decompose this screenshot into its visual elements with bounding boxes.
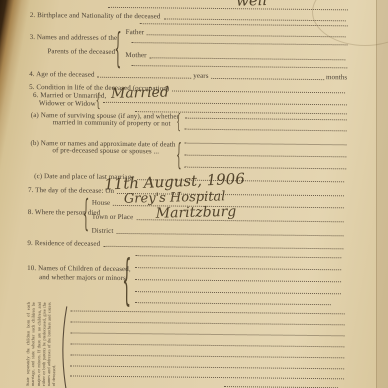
dotted-line	[212, 77, 324, 80]
right-page-crease	[376, 0, 377, 388]
dotted-line	[185, 128, 347, 132]
right-page-edge-shade	[377, 0, 388, 388]
dotted-line	[185, 142, 347, 146]
dotted-line	[135, 301, 331, 305]
brace: {	[95, 92, 100, 112]
dotted-line	[70, 374, 344, 379]
dotted-line	[70, 353, 344, 358]
brace: {	[176, 138, 182, 173]
dotted-line	[135, 266, 341, 270]
label-children-of-deceased-2: and whether majors or minors	[39, 274, 126, 282]
dotted-line	[131, 64, 347, 68]
bottom-bracket	[58, 305, 68, 388]
dotted-line	[135, 278, 341, 282]
handwriting-town-or-place: Maritzburg	[156, 204, 237, 222]
label-day-of-decease: 7. The day of the decease: On	[28, 187, 114, 195]
label-predeceased-spouse-2: of pre-deceased spouse or spouses ...	[52, 147, 159, 155]
label-parents-names-2: Parents of the deceased	[47, 48, 115, 56]
dotted-line	[116, 232, 343, 236]
dotted-line	[185, 117, 347, 121]
margin-note: State separately the children born of ea…	[25, 302, 52, 386]
label-years: years	[193, 73, 208, 81]
label-district: District	[92, 228, 114, 236]
dotted-line	[70, 342, 344, 347]
dotted-line	[184, 166, 346, 170]
dotted-line	[70, 364, 344, 369]
label-father: Father	[126, 29, 145, 37]
dotted-line	[172, 90, 345, 94]
dotted-line	[132, 41, 348, 45]
dotted-line	[163, 18, 345, 22]
label-house: House	[92, 200, 110, 208]
label-widower-or-widow: Widower or Widow	[39, 100, 96, 108]
dotted-line	[140, 22, 348, 26]
dotted-line	[98, 76, 192, 79]
dotted-line	[103, 245, 343, 250]
dotted-line	[71, 320, 345, 325]
brace: {	[82, 195, 89, 237]
form-content: well 2. Birthplace and Nationality of th…	[24, 0, 354, 388]
dotted-line	[103, 101, 347, 106]
dotted-line	[71, 309, 345, 314]
label-age: 4. Age of the deceased	[29, 71, 94, 79]
dotted-line	[108, 6, 348, 11]
handwriting-top-partial: well	[236, 0, 268, 10]
dotted-line	[184, 154, 346, 158]
dotted-line	[147, 34, 346, 38]
dotted-line	[135, 290, 341, 294]
brace: {	[176, 113, 181, 135]
handwriting-marital-status: Married	[111, 84, 169, 101]
label-months: months	[326, 74, 347, 82]
dotted-line	[71, 331, 345, 336]
scanned-register-page: well 2. Birthplace and Nationality of th…	[0, 0, 388, 388]
label-children-of-deceased: 10. Names of Children of deceased,	[27, 265, 131, 273]
label-residence: 9. Residence of deceased	[27, 240, 100, 248]
label-town-or-place: Town or Place	[92, 214, 134, 222]
label-mother: Mother	[125, 52, 146, 60]
label-where-person-died: 8. Where the person died	[28, 209, 101, 217]
label-surviving-spouse-2: married in community of property or not	[53, 119, 171, 128]
label-parents-names: 3. Names and addresses of the	[30, 34, 118, 42]
dotted-line	[150, 57, 346, 61]
dotted-line	[135, 254, 341, 258]
label-birthplace-nationality: 2. Birthplace and Nationality of the dec…	[30, 12, 161, 21]
